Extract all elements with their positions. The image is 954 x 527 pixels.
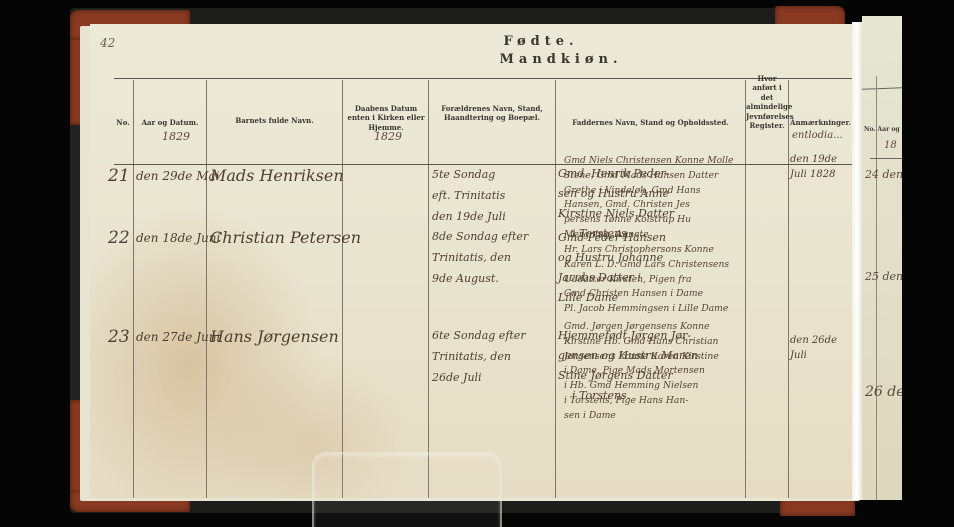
header-top-rule <box>114 78 852 79</box>
entry-baptism: 5te Sondag eft. Trinitatis den 19de Juli <box>432 164 506 227</box>
header-baptism: Daabens Datum enten i Kirken eller Hjemm… <box>344 104 428 132</box>
column-divider <box>876 76 877 500</box>
entry-birth-date: den 27de Juni <box>136 330 220 344</box>
entry-remarks: den 19de Juli 1828 <box>790 152 837 182</box>
entry-baptism: 6te Sondag efter Trinitatis, den 26de Ju… <box>432 325 526 388</box>
entry-remarks: den 26de Juli <box>790 333 837 363</box>
header-child-name: Barnets fulde Navn. <box>207 116 342 125</box>
register-page: 42 Fødte. Mandkiøn. No. Aar og Datum. Ba… <box>90 24 852 498</box>
column-divider <box>555 80 556 498</box>
next-page-entry: 26 den <box>865 384 902 400</box>
column-divider <box>745 80 746 498</box>
header-rule <box>862 87 902 89</box>
entry-birth-date: den 18de Juni <box>136 231 220 245</box>
header-rule <box>870 158 902 159</box>
entry-number: 23 <box>108 327 130 347</box>
next-page-edge: No. Aar og 18 24 den 2 25 den 2 26 den <box>862 16 902 500</box>
header-godparents: Faddernes Navn, Stand og Opholdssted. <box>556 118 745 127</box>
entry-child-name: Mads Henriksen <box>210 166 344 185</box>
page-title: Fødte. <box>90 34 852 49</box>
column-divider <box>133 80 134 498</box>
header-date: Aar og Datum. <box>134 118 206 127</box>
header-no: No. <box>112 118 134 127</box>
header-vaccination-register: Hvor anført i det almindelige Jevnførels… <box>746 74 788 131</box>
birth-year: 1829 <box>162 130 190 143</box>
next-page-header: No. Aar og <box>864 126 900 134</box>
entry-child-name: Christian Petersen <box>210 228 361 247</box>
baptism-year: 1829 <box>374 130 402 143</box>
entry-child-name: Hans Jørgensen <box>210 327 339 346</box>
page-gutter <box>852 22 862 500</box>
header-remarks: Anmærkninger. <box>789 118 852 127</box>
column-divider <box>342 80 343 498</box>
header-parents: Forældrenes Navn, Stand, Haandtering og … <box>429 104 555 123</box>
next-page-entry: 24 den 2 <box>865 168 902 181</box>
next-page-entry: 25 den 2 <box>865 270 902 283</box>
entry-godparents: Hr. Lars Christophersons Konne Karen L. … <box>564 243 729 317</box>
entry-number: 21 <box>108 166 130 186</box>
entry-baptism: 8de Sondag efter Trinitatis, den 9de Aug… <box>432 226 528 289</box>
column-divider <box>428 80 429 498</box>
page-subtitle: Mandkiøn. <box>90 52 852 67</box>
entry-godparents: Gmd. Jørgen Jørgensens Konne Kirstine Hb… <box>564 320 719 424</box>
entry-birth-date: den 29de Mai <box>136 169 219 183</box>
glass-page-holder <box>312 452 502 527</box>
remarks-note: entlodia... <box>792 130 843 141</box>
entry-number: 22 <box>108 228 130 248</box>
next-page-year: 18 <box>884 140 897 151</box>
column-divider <box>788 80 789 498</box>
column-divider <box>206 80 207 498</box>
